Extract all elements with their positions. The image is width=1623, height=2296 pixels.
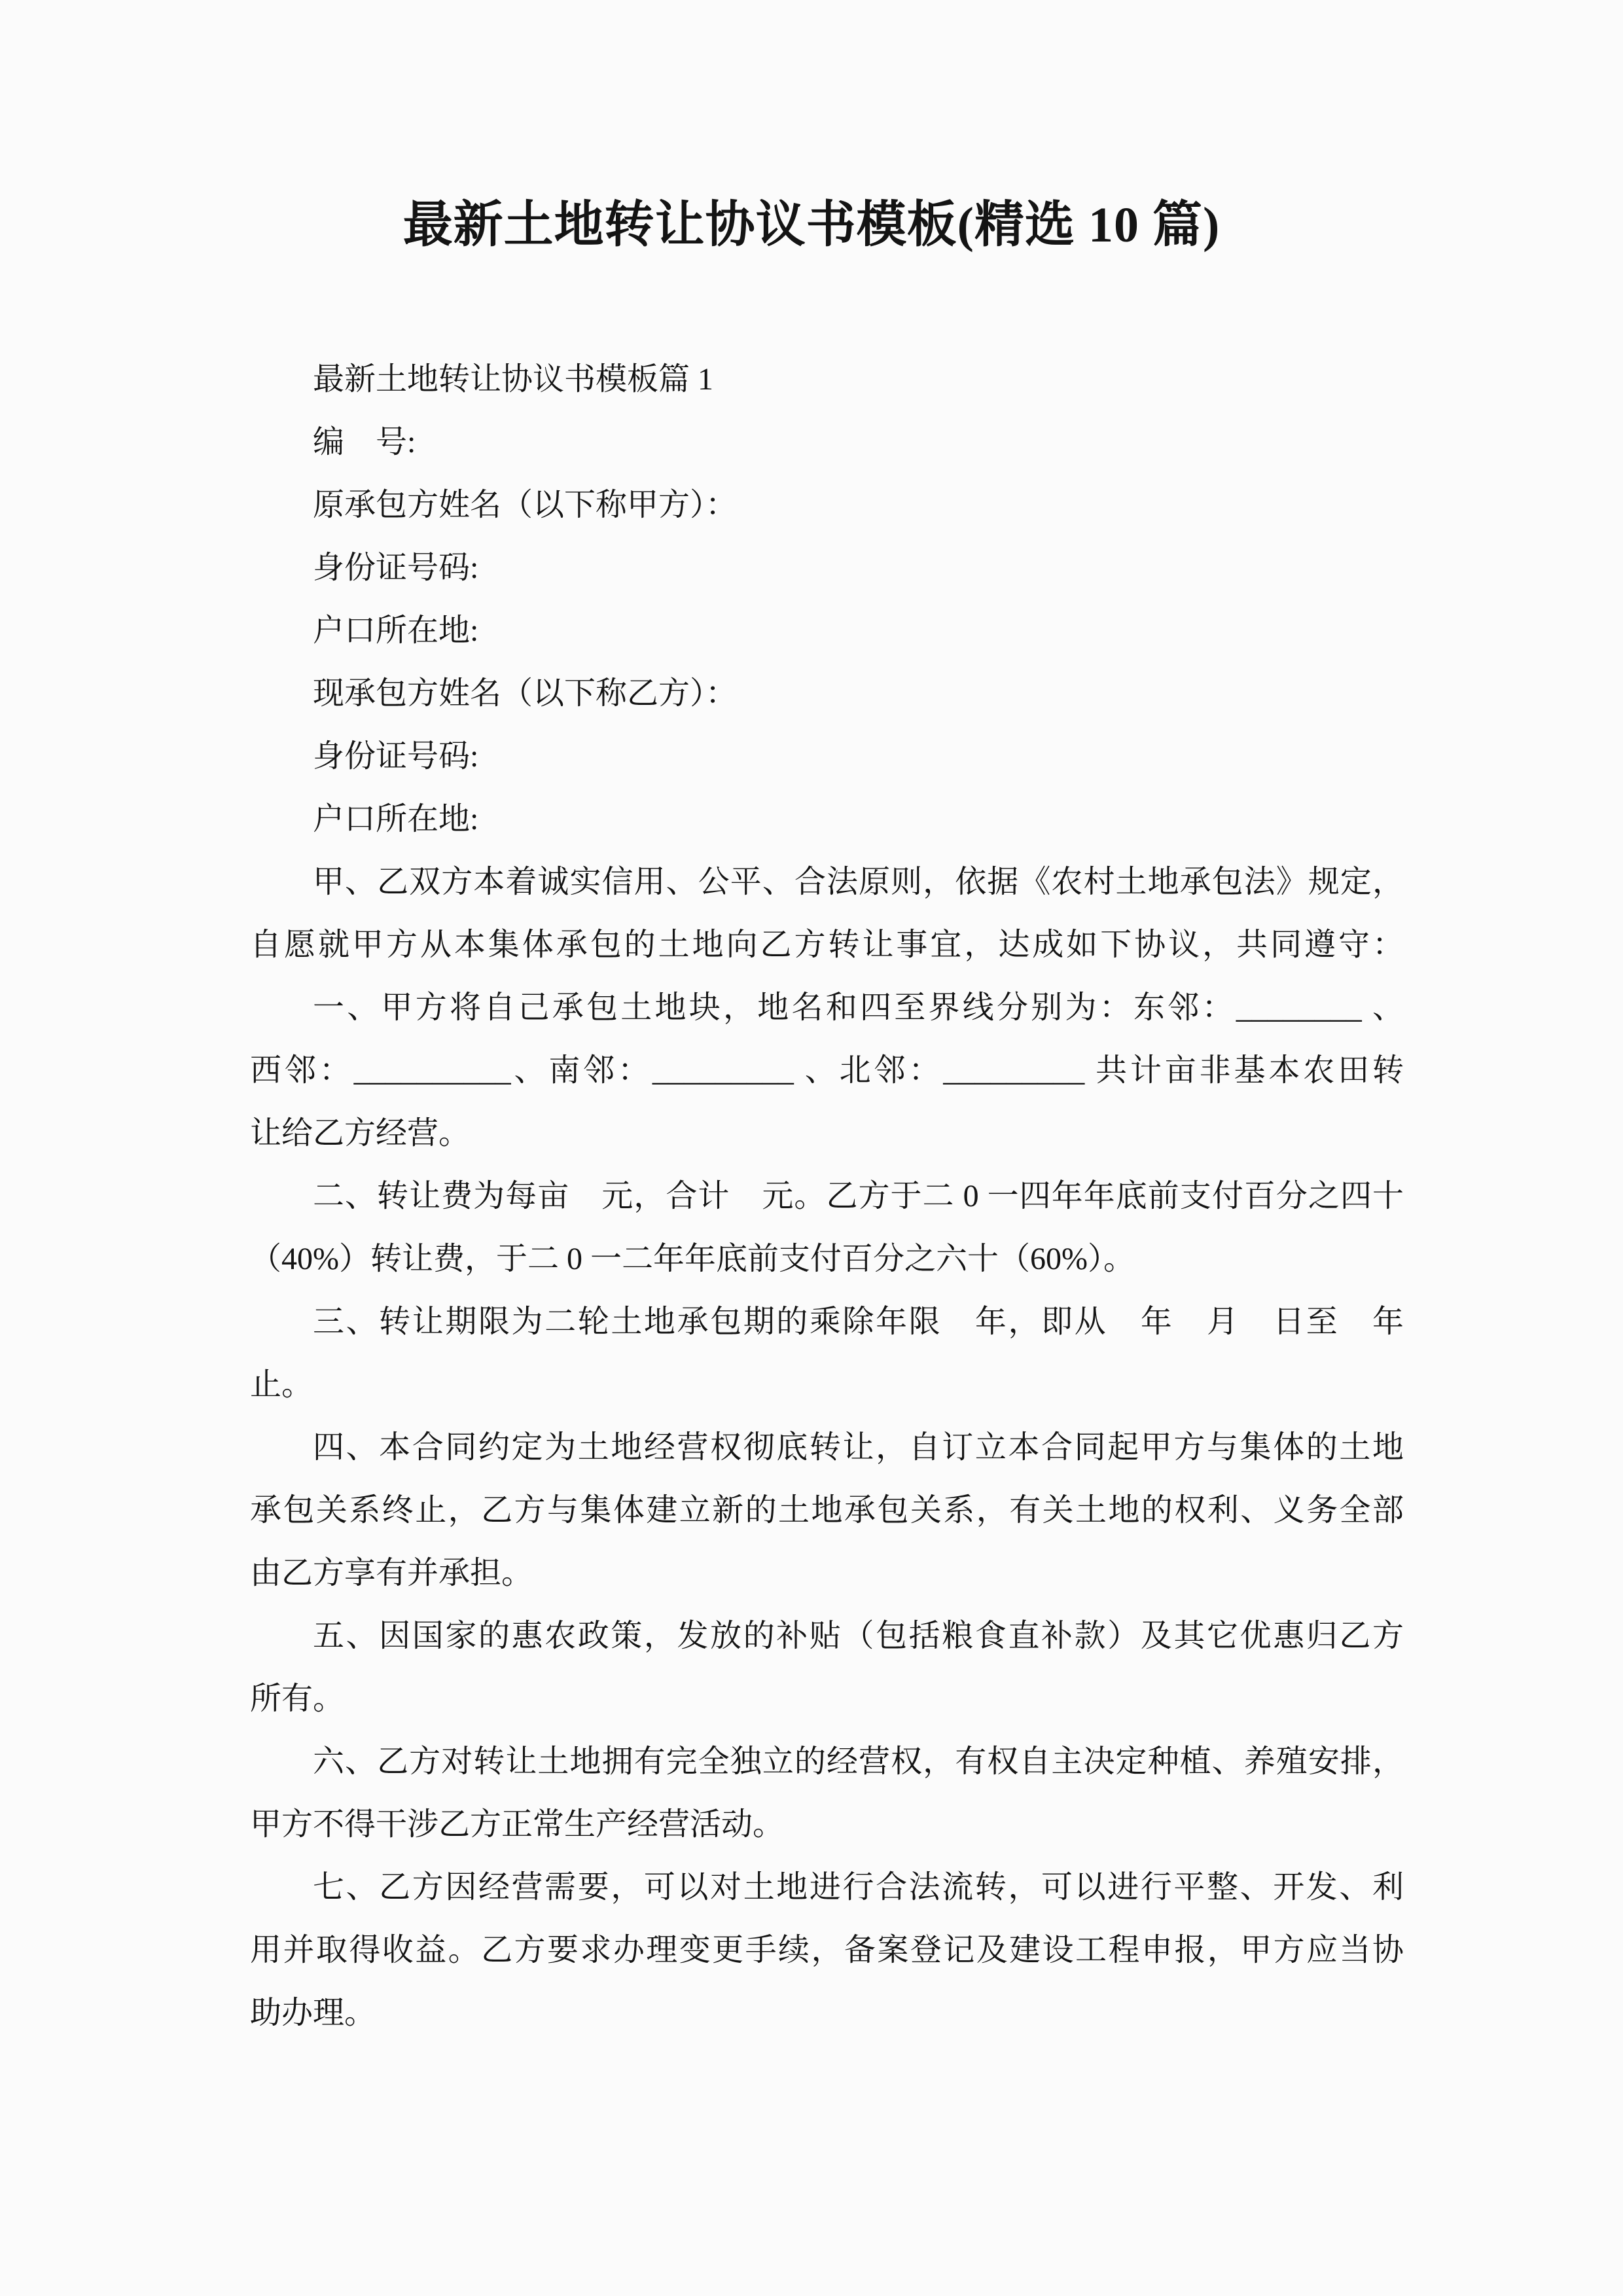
doc-line-clause-7: 七、乙方因经营需要，可以对土地进行合法流转，可以进行平整、开发、利 xyxy=(250,1856,1404,1919)
doc-line-clause-7: 用并取得收益。乙方要求办理变更手续，备案登记及建设工程申报，甲方应当协 xyxy=(250,1919,1404,1982)
doc-line-subtitle: 最新土地转让协议书模板篇 1 xyxy=(250,348,1404,411)
doc-line-id-number: 身份证号码: xyxy=(250,725,1404,788)
doc-line-party-a-name: 原承包方姓名（以下称甲方）： xyxy=(250,474,1404,537)
doc-line-clause-2: （40%）转让费，于二 0 一二年年底前支付百分之六十（60%）。 xyxy=(250,1228,1404,1291)
doc-line-preamble: 自愿就甲方从本集体承包的土地向乙方转让事宜，达成如下协议，共同遵守： xyxy=(250,914,1404,977)
doc-line-clause-5: 五、因国家的惠农政策，发放的补贴（包括粮食直补款）及其它优惠归乙方 xyxy=(250,1605,1404,1668)
document-body: 最新土地转让协议书模板篇 1 编 号: 原承包方姓名（以下称甲方）： 身份证号码… xyxy=(250,348,1404,2045)
document-title: 最新土地转让协议书模板(精选 10 篇) xyxy=(0,194,1623,257)
doc-line-id-number: 身份证号码: xyxy=(250,537,1404,600)
doc-line-clause-7: 助办理。 xyxy=(250,1982,1404,2045)
doc-line-clause-3: 三、转让期限为二轮土地承包期的乘除年限 年，即从 年 月 日至 年 月 日 xyxy=(250,1291,1404,1354)
doc-line-clause-5: 所有。 xyxy=(250,1668,1404,1731)
doc-line-clause-4: 承包关系终止，乙方与集体建立新的土地承包关系，有关土地的权利、义务全部 xyxy=(250,1479,1404,1542)
doc-line-clause-1: 让给乙方经营。 xyxy=(250,1102,1404,1165)
doc-line-clause-4: 由乙方享有并承担。 xyxy=(250,1542,1404,1605)
doc-line-clause-1: 一、甲方将自己承包土地块，地名和四至界线分别为：东邻：________ 、 xyxy=(250,977,1404,1039)
doc-line-clause-4: 四、本合同约定为土地经营权彻底转让，自订立本合同起甲方与集体的土地 xyxy=(250,1416,1404,1479)
doc-line-residence: 户口所在地: xyxy=(250,600,1404,662)
doc-line-clause-6: 六、乙方对转让土地拥有完全独立的经营权，有权自主决定种植、养殖安排， xyxy=(250,1731,1404,1793)
doc-line-clause-3: 止。 xyxy=(250,1354,1404,1416)
doc-line-residence: 户口所在地: xyxy=(250,788,1404,851)
doc-line-preamble: 甲、乙双方本着诚实信用、公平、合法原则，依据《农村土地承包法》规定， xyxy=(250,851,1404,914)
doc-line-clause-6: 甲方不得干涉乙方正常生产经营活动。 xyxy=(250,1793,1404,1856)
doc-line-clause-2: 二、转让费为每亩 元，合计 元。乙方于二 0 一四年年底前支付百分之四十 xyxy=(250,1165,1404,1228)
doc-line-clause-1: 西邻：__________、南邻：_________ 、北邻：_________… xyxy=(250,1039,1404,1102)
doc-line-number-field: 编 号: xyxy=(250,411,1404,474)
doc-line-party-b-name: 现承包方姓名（以下称乙方）： xyxy=(250,662,1404,725)
document-page: 最新土地转让协议书模板(精选 10 篇) 最新土地转让协议书模板篇 1 编 号:… xyxy=(0,0,1623,2296)
